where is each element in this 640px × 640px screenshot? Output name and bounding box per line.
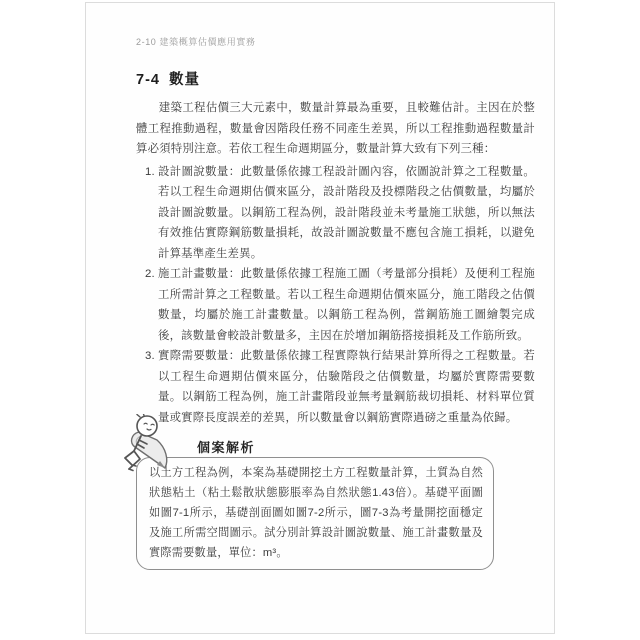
running-head: 2-10 建築概算估價應用實務 — [136, 36, 535, 48]
section-number: 7-4 — [136, 72, 160, 88]
intro-paragraph: 建築工程估價三大元素中，數量計算最為重要，且較難估計。主因在於整體工程推動過程，… — [136, 98, 535, 160]
list-item: 2. 施工計畫數量：此數量係依據工程施工圖（考量部分損耗）及便利工程施工所需計算… — [136, 264, 535, 346]
section-heading: 7-4數量 — [136, 71, 535, 89]
list-item-number: 3. — [145, 346, 155, 367]
list-item-number: 1. — [145, 162, 155, 183]
list-item-text: 設計圖說數量：此數量係依據工程設計圖內容，依圖說計算之工程數量。若以工程生命週期… — [158, 166, 535, 260]
case-study-title: 個案解析 — [197, 439, 535, 457]
case-study-box: 以土方工程為例，本案為基礎開挖土方工程數量計算，土質為自然狀態粘土（粘土鬆散狀態… — [136, 457, 494, 570]
list-item: 3. 實際需要數量：此數量係依據工程實際執行結果計算所得之工程數量。若以工程生命… — [136, 346, 535, 428]
case-study-body: 以土方工程為例，本案為基礎開挖土方工程數量計算，土質為自然狀態粘土（粘土鬆散狀態… — [149, 463, 483, 563]
list-item: 1. 設計圖說數量：此數量係依據工程設計圖內容，依圖說計算之工程數量。若以工程生… — [136, 162, 535, 265]
list-item-number: 2. — [145, 264, 155, 285]
book-page: 2-10 建築概算估價應用實務 7-4數量 建築工程估價三大元素中，數量計算最為… — [85, 2, 555, 634]
section-title: 數量 — [169, 72, 200, 88]
case-study-mascot-icon — [117, 414, 169, 474]
case-study-callout: 個案解析 以土方工程為例，本案為基礎開挖土方工程數量計算，土質為自然狀態粘土（粘… — [136, 439, 535, 570]
list-item-text: 實際需要數量：此數量係依據工程實際執行結果計算所得之工程數量。若以工程生命週期估… — [158, 350, 535, 424]
list-item-text: 施工計畫數量：此數量係依據工程施工圖（考量部分損耗）及便利工程施工所需計算之工程… — [158, 268, 535, 342]
scanned-book-page-photo: 2-10 建築概算估價應用實務 7-4數量 建築工程估價三大元素中，數量計算最為… — [0, 0, 640, 640]
quantity-types-list: 1. 設計圖說數量：此數量係依據工程設計圖內容，依圖說計算之工程數量。若以工程生… — [136, 162, 535, 429]
